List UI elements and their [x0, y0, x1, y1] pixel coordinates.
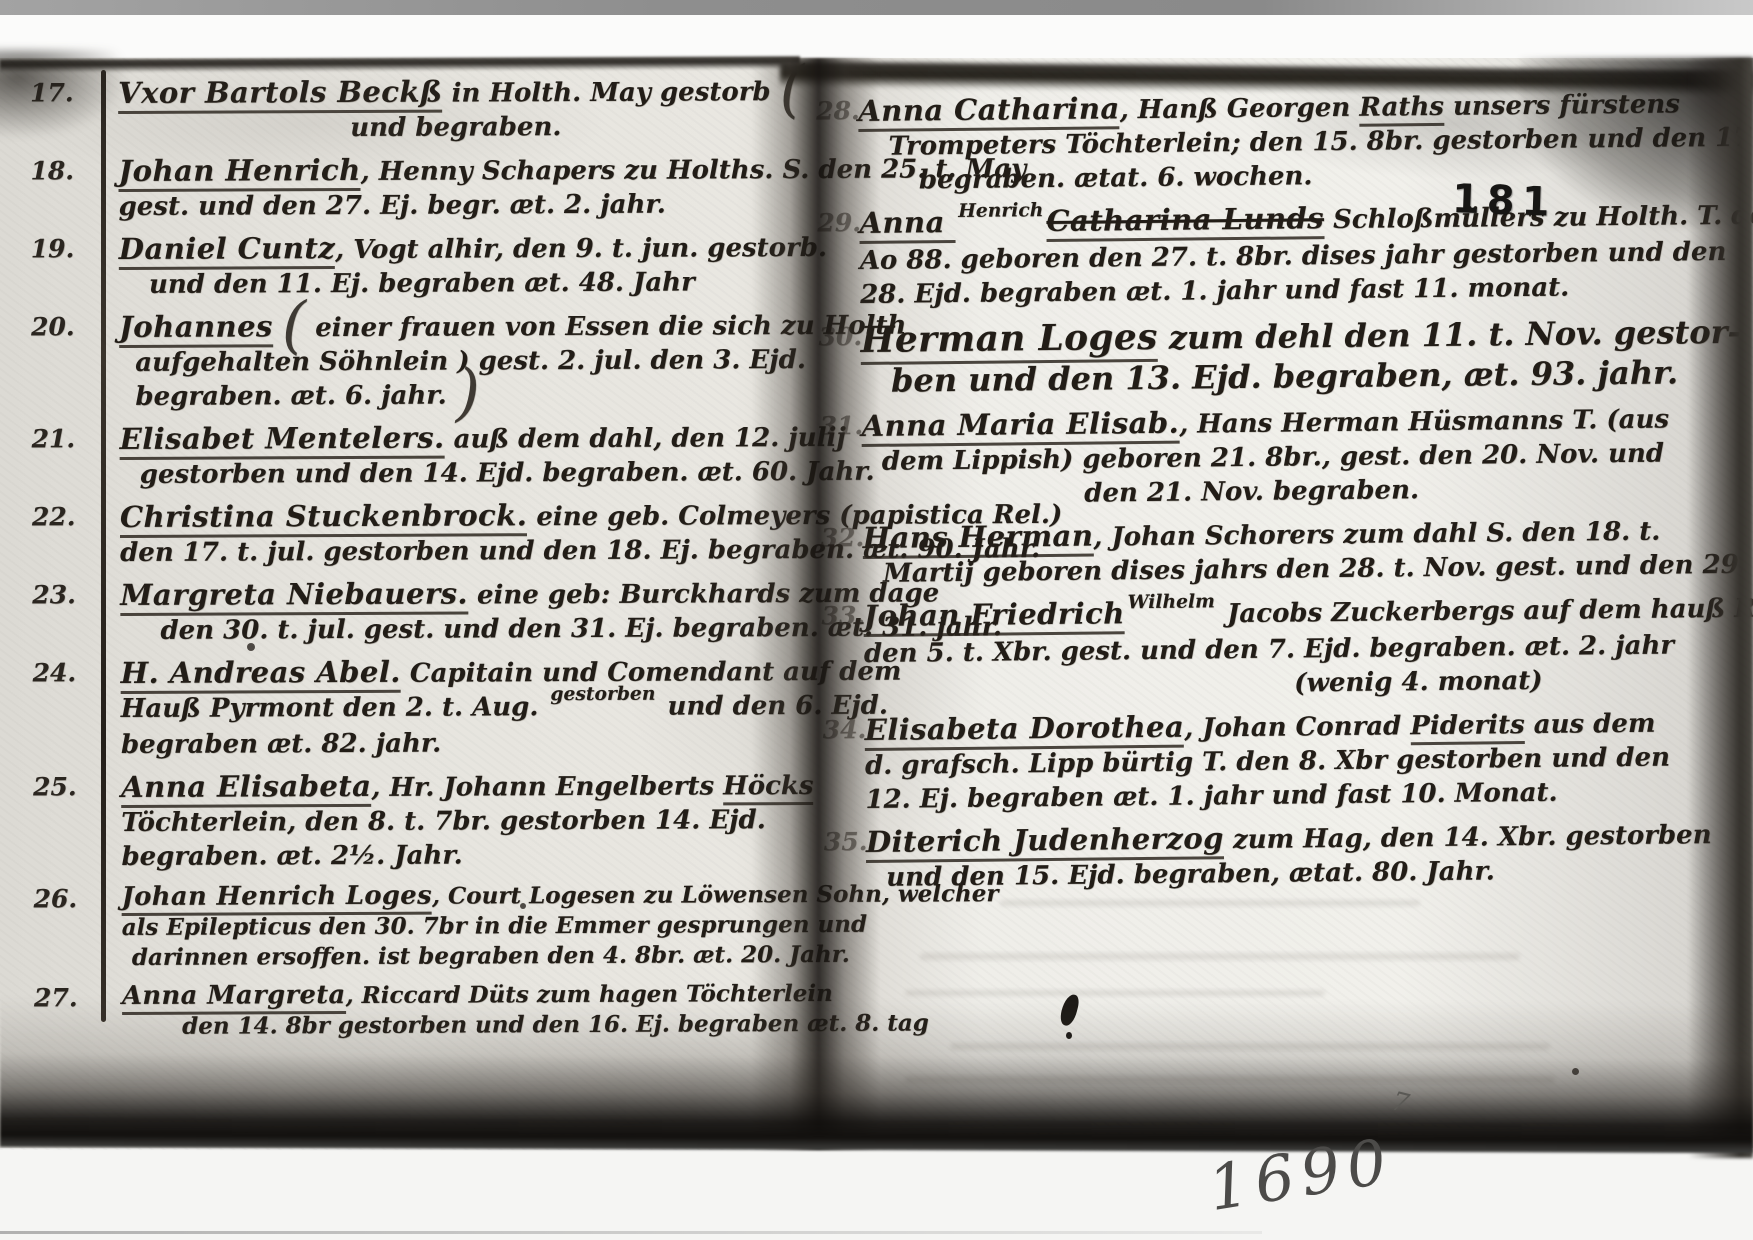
entry-line: Anna Elisabeta, Hr. Johann Engelberts Hö…	[121, 767, 801, 806]
page-bottom-edge-shadow	[0, 995, 1753, 1153]
register-entry: 26.Johan Henrich Loges, Court Logesen zu…	[122, 879, 802, 973]
register-entry: 31.Anna Maria Elisab., Hans Herman Hüsma…	[861, 402, 1562, 513]
entry-line: ben und den 13. Ejd. begraben, æt. 93. j…	[861, 354, 1561, 401]
entry-line: begraben. æt. 2½. Jahr.	[121, 837, 801, 874]
entry-text: ben und den 13. Ejd. begraben, æt. 93. j…	[891, 353, 1678, 399]
entry-line: Johannes ( einer frauen von Essen die si…	[119, 307, 799, 346]
register-entry: 20.Johannes ( einer frauen von Essen die…	[119, 307, 799, 414]
book-gutter-shadow	[752, 58, 880, 1150]
person-name: Johan Henrich	[118, 153, 360, 192]
register-entry: 25.Anna Elisabeta, Hr. Johann Engelberts…	[121, 767, 801, 874]
register-entry: 19.Daniel Cuntz, Vogt alhir, den 9. t. j…	[119, 229, 799, 302]
entry-text: Henrich	[958, 199, 1043, 222]
scanned-burial-register: 17.Vxor Bartols Beckß in Holth. May gest…	[0, 0, 1753, 1240]
entry-number: 19.	[31, 234, 75, 263]
entry-line: begraben æt. 82. jahr.	[121, 725, 801, 762]
entry-text: (wenig 4. monat)	[1294, 666, 1543, 699]
person-name: Elisabeta Dorothea	[864, 710, 1184, 751]
entry-text: und den 11. Ej. begraben æt. 48. Jahr	[149, 267, 695, 299]
entry-text: dem Lippish) geboren 21. 8br., gest. den…	[882, 439, 1664, 477]
entry-text: , Hanß Georgen	[1119, 93, 1359, 126]
entry-line: Martij geboren dises jahrs den 28. t. No…	[863, 550, 1563, 591]
corner-smudge	[0, 50, 130, 140]
entry-text: 28. Ejd. begraben æt. 1. jahr und fast 1…	[860, 273, 1569, 310]
entry-text: und begraben.	[350, 112, 561, 143]
entry-line: Johan Henrich, Henny Schapers zu Holths.…	[118, 151, 798, 190]
entry-text: 12. Ej. begraben æt. 1. jahr und fast 10…	[865, 778, 1557, 815]
person-name: Anna Maria Elisab.	[861, 406, 1179, 447]
register-entry: 30.Herman Loges zum dehl den 11. t. Nov.…	[860, 313, 1561, 401]
entry-text: Martij geboren dises jahrs den 28. t. No…	[883, 549, 1753, 589]
entry-line: Daniel Cuntz, Vogt alhir, den 9. t. jun.…	[119, 229, 799, 268]
entry-line: darinnen ersoffen. ist begraben den 4. 8…	[122, 940, 802, 973]
entry-line: Vxor Bartols Beckß in Holth. May gestorb…	[118, 73, 798, 112]
entry-text: und den 15. Ejd. begraben, ætat. 80. Jah…	[886, 856, 1495, 892]
scanner-top-band	[0, 0, 1753, 15]
entry-text: den 21. Nov. begraben.	[1084, 475, 1419, 509]
entry-number: 26.	[34, 884, 78, 913]
scanner-margin-strip	[0, 15, 1753, 60]
entry-line: gestorben und den 14. Ejd. begraben. æt.…	[120, 455, 800, 492]
entry-text: begraben. æt. 2½. Jahr.	[121, 841, 462, 872]
entry-text: , Hr. Johann Engelberts	[371, 771, 723, 803]
bleed-through-mark	[920, 953, 1520, 960]
entry-text: den 5. t. Xbr. gest. und den 7. Ejd. beg…	[864, 630, 1674, 668]
register-entry: 22.Christina Stuckenbrock. eine geb. Col…	[120, 497, 800, 570]
entry-text: in Holth. May gestorb	[442, 77, 779, 108]
person-name: Catharina Lunds	[1046, 201, 1324, 242]
entry-text: , Hans Herman Hüsmanns T. (aus	[1179, 405, 1669, 440]
entry-line: und den 15. Ejd. begraben, ætat. 80. Jah…	[866, 854, 1566, 895]
entry-text: Töchterlein, den 8. t. 7br. gestorben 14…	[121, 805, 766, 838]
entry-text: )	[456, 355, 481, 428]
person-name: Johan Friedrich	[863, 596, 1125, 637]
scanner-bottom-strip	[0, 1148, 1753, 1240]
register-entry: 23.Margreta Niebauers. eine geb: Burckha…	[120, 575, 800, 648]
entry-text	[273, 313, 282, 343]
person-name: H. Andreas Abel.	[121, 655, 401, 694]
entry-line: 12. Ej. begraben æt. 1. jahr und fast 10…	[865, 776, 1565, 817]
entry-number: 24.	[33, 658, 77, 687]
entry-text: begraben æt. 82. jahr.	[121, 729, 441, 760]
entry-text: darinnen ersoffen. ist begraben den 4. 8…	[132, 941, 850, 971]
person-name: Anna Elisabeta	[121, 769, 371, 808]
entry-line: begraben. æt. 6. jahr. )	[119, 377, 799, 414]
person-name: Johan Henrich Loges	[122, 881, 433, 916]
entry-line: als Epilepticus den 30. 7br in die Emmer…	[122, 910, 802, 943]
entry-line: Töchterlein, den 8. t. 7br. gestorben 14…	[121, 803, 801, 840]
register-entry: 17.Vxor Bartols Beckß in Holth. May gest…	[118, 73, 798, 146]
entry-text: begraben. ætat. 6. wochen.	[919, 161, 1313, 195]
register-entry: 35.Diterich Judenherzog zum Hag, den 14.…	[866, 818, 1567, 895]
entry-number: 20.	[31, 312, 75, 341]
entry-text: Ao 88. geboren den 27. t. 8br. dises jah…	[860, 237, 1727, 276]
entry-text: aus dem	[1525, 709, 1656, 740]
entry-text: (	[282, 288, 307, 361]
entry-line: H. Andreas Abel. Capitain und Comendant …	[121, 653, 801, 692]
entry-text: begraben. æt. 6. jahr.	[135, 381, 455, 412]
register-entry: 33.Johan FriedrichWilhelm Jacobs Zuckerb…	[863, 592, 1564, 705]
person-name: Vxor Bartols Beckß	[118, 75, 443, 114]
entry-line: den 30. t. jul. gest. und den 31. Ej. be…	[120, 611, 800, 648]
person-name: Diterich Judenherzog	[866, 821, 1224, 863]
entry-line: und begraben.	[118, 109, 798, 146]
entry-number: 18.	[30, 156, 74, 185]
entry-text: gest. und den 27. Ej. begr. æt. 2. jahr.	[119, 190, 666, 222]
entry-text: Jacobs Zuckerbergs auf dem hauß Röhen	[1218, 593, 1753, 629]
entry-line: den 17. t. jul. gestorben und den 18. Ej…	[120, 533, 800, 570]
person-name: Daniel Cuntz	[119, 231, 335, 270]
entry-line: 28. Ejd. begraben æt. 1. jahr und fast 1…	[860, 271, 1560, 312]
person-name: Anna Catharina	[858, 91, 1120, 132]
person-name: Christina Stuckenbrock.	[120, 498, 527, 538]
entry-text: Hauß Pyrmont den 2. t. Aug.	[121, 692, 548, 724]
scan-artifact-line	[0, 1231, 1262, 1234]
entry-text: zum dehl den 11. t. Nov. gestor-	[1157, 313, 1741, 357]
entry-text: zum Hag, den 14. Xbr. gestorben	[1224, 820, 1712, 855]
entry-line: Johan Henrich Loges, Court Logesen zu Lö…	[122, 879, 802, 913]
entry-text: , Johan Conrad	[1184, 711, 1410, 743]
entry-number: 23.	[32, 580, 76, 609]
entry-line: und den 11. Ej. begraben æt. 48. Jahr	[119, 265, 799, 302]
entry-number: 22.	[32, 502, 76, 531]
person-name: Margreta Niebauers.	[120, 576, 468, 616]
register-entry: 18.Johan Henrich, Henny Schapers zu Holt…	[118, 151, 798, 224]
register-entry: 34.Elisabeta Dorothea, Johan Conrad Pide…	[864, 706, 1565, 817]
entry-number: 21.	[32, 424, 76, 453]
register-entry: 21.Elisabet Mentelers. auß dem dahl, den…	[120, 419, 800, 492]
person-name: Hans Herman	[862, 519, 1093, 559]
entry-line: Margreta Niebauers. eine geb: Burckhards…	[120, 575, 800, 614]
register-entry: 24.H. Andreas Abel. Capitain und Comenda…	[121, 653, 801, 762]
entry-text: , Johan Schorers zum dahl S. den 18. t.	[1093, 517, 1660, 553]
person-name: Elisabet Mentelers.	[120, 421, 445, 460]
entry-line: Hauß Pyrmont den 2. t. Aug. gestorben un…	[121, 689, 801, 728]
bleed-through-mark	[905, 990, 1325, 996]
margin-rule-line	[101, 70, 106, 1022]
entry-line: Herman Loges zum dehl den 11. t. Nov. ge…	[860, 313, 1560, 361]
book-spread: 17.Vxor Bartols Beckß in Holth. May gest…	[0, 58, 1753, 1150]
ink-speck	[520, 903, 526, 909]
ink-speck	[247, 643, 255, 651]
page-right-edge-shadow	[1688, 58, 1753, 1158]
entry-number: 25.	[33, 772, 77, 801]
entry-text: gestorben	[550, 683, 655, 705]
entry-text: Raths	[1359, 92, 1444, 127]
register-entry: 32.Hans Herman, Johan Schorers zum dahl …	[862, 514, 1563, 591]
entry-text: Wilhelm	[1127, 590, 1215, 613]
page-number: 181	[1451, 176, 1557, 226]
entry-line: Elisabet Mentelers. auß dem dahl, den 12…	[120, 419, 800, 458]
entry-line: Christina Stuckenbrock. eine geb. Colmey…	[120, 497, 800, 536]
left-page-entries: 17.Vxor Bartols Beckß in Holth. May gest…	[118, 73, 802, 1050]
entry-text: Piderits	[1410, 710, 1525, 745]
entry-line: gest. und den 27. Ej. begr. æt. 2. jahr.	[118, 187, 798, 224]
person-name: Johannes	[119, 309, 273, 348]
